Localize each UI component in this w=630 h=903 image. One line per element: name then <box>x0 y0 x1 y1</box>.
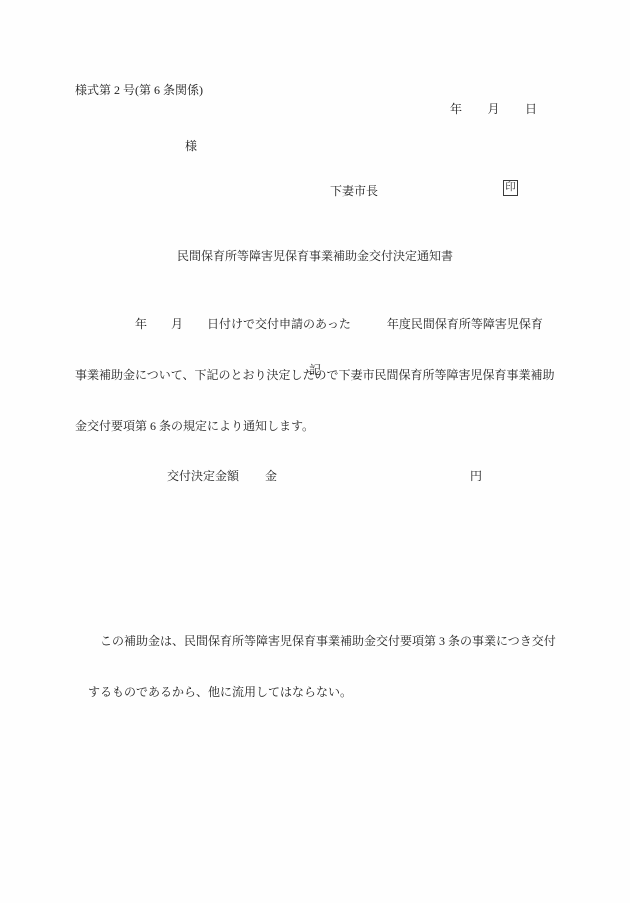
body-line-3: 金交付要項第 6 条の規定により通知します。 <box>75 418 567 435</box>
body-line-1: 年 月 日付けで交付申請のあった 年度民間保育所等障害児保育 <box>75 316 567 333</box>
amount-label: 交付決定金額 <box>167 469 239 483</box>
ki-section-marker: 記 <box>0 361 630 378</box>
amount-currency-suffix: 円 <box>470 469 482 483</box>
sender-title: 下妻市長 <box>330 182 378 199</box>
form-number: 様式第 2 号(第 6 条関係) <box>75 81 203 98</box>
seal-stamp-icon: 印 <box>503 180 518 196</box>
document-page: 様式第 2 号(第 6 条関係) 年 月 日 様 下妻市長 印 民間保育所等障害… <box>0 0 630 903</box>
amount-currency-prefix: 金 <box>265 469 277 483</box>
note-line-1: この補助金は、民間保育所等障害児保育事業補助金交付要項第 3 条の事業につき交付 <box>88 633 568 650</box>
amount-line: 交付決定金額金円 <box>155 452 482 499</box>
note-paragraph: この補助金は、民間保育所等障害児保育事業補助金交付要項第 3 条の事業につき交付… <box>88 599 568 735</box>
document-title: 民間保育所等障害児保育事業補助金交付決定通知書 <box>0 247 630 264</box>
addressee-honorific: 様 <box>185 137 197 154</box>
date-line: 年 月 日 <box>450 100 538 117</box>
note-line-2: するものであるから、他に流用してはならない。 <box>88 684 568 701</box>
